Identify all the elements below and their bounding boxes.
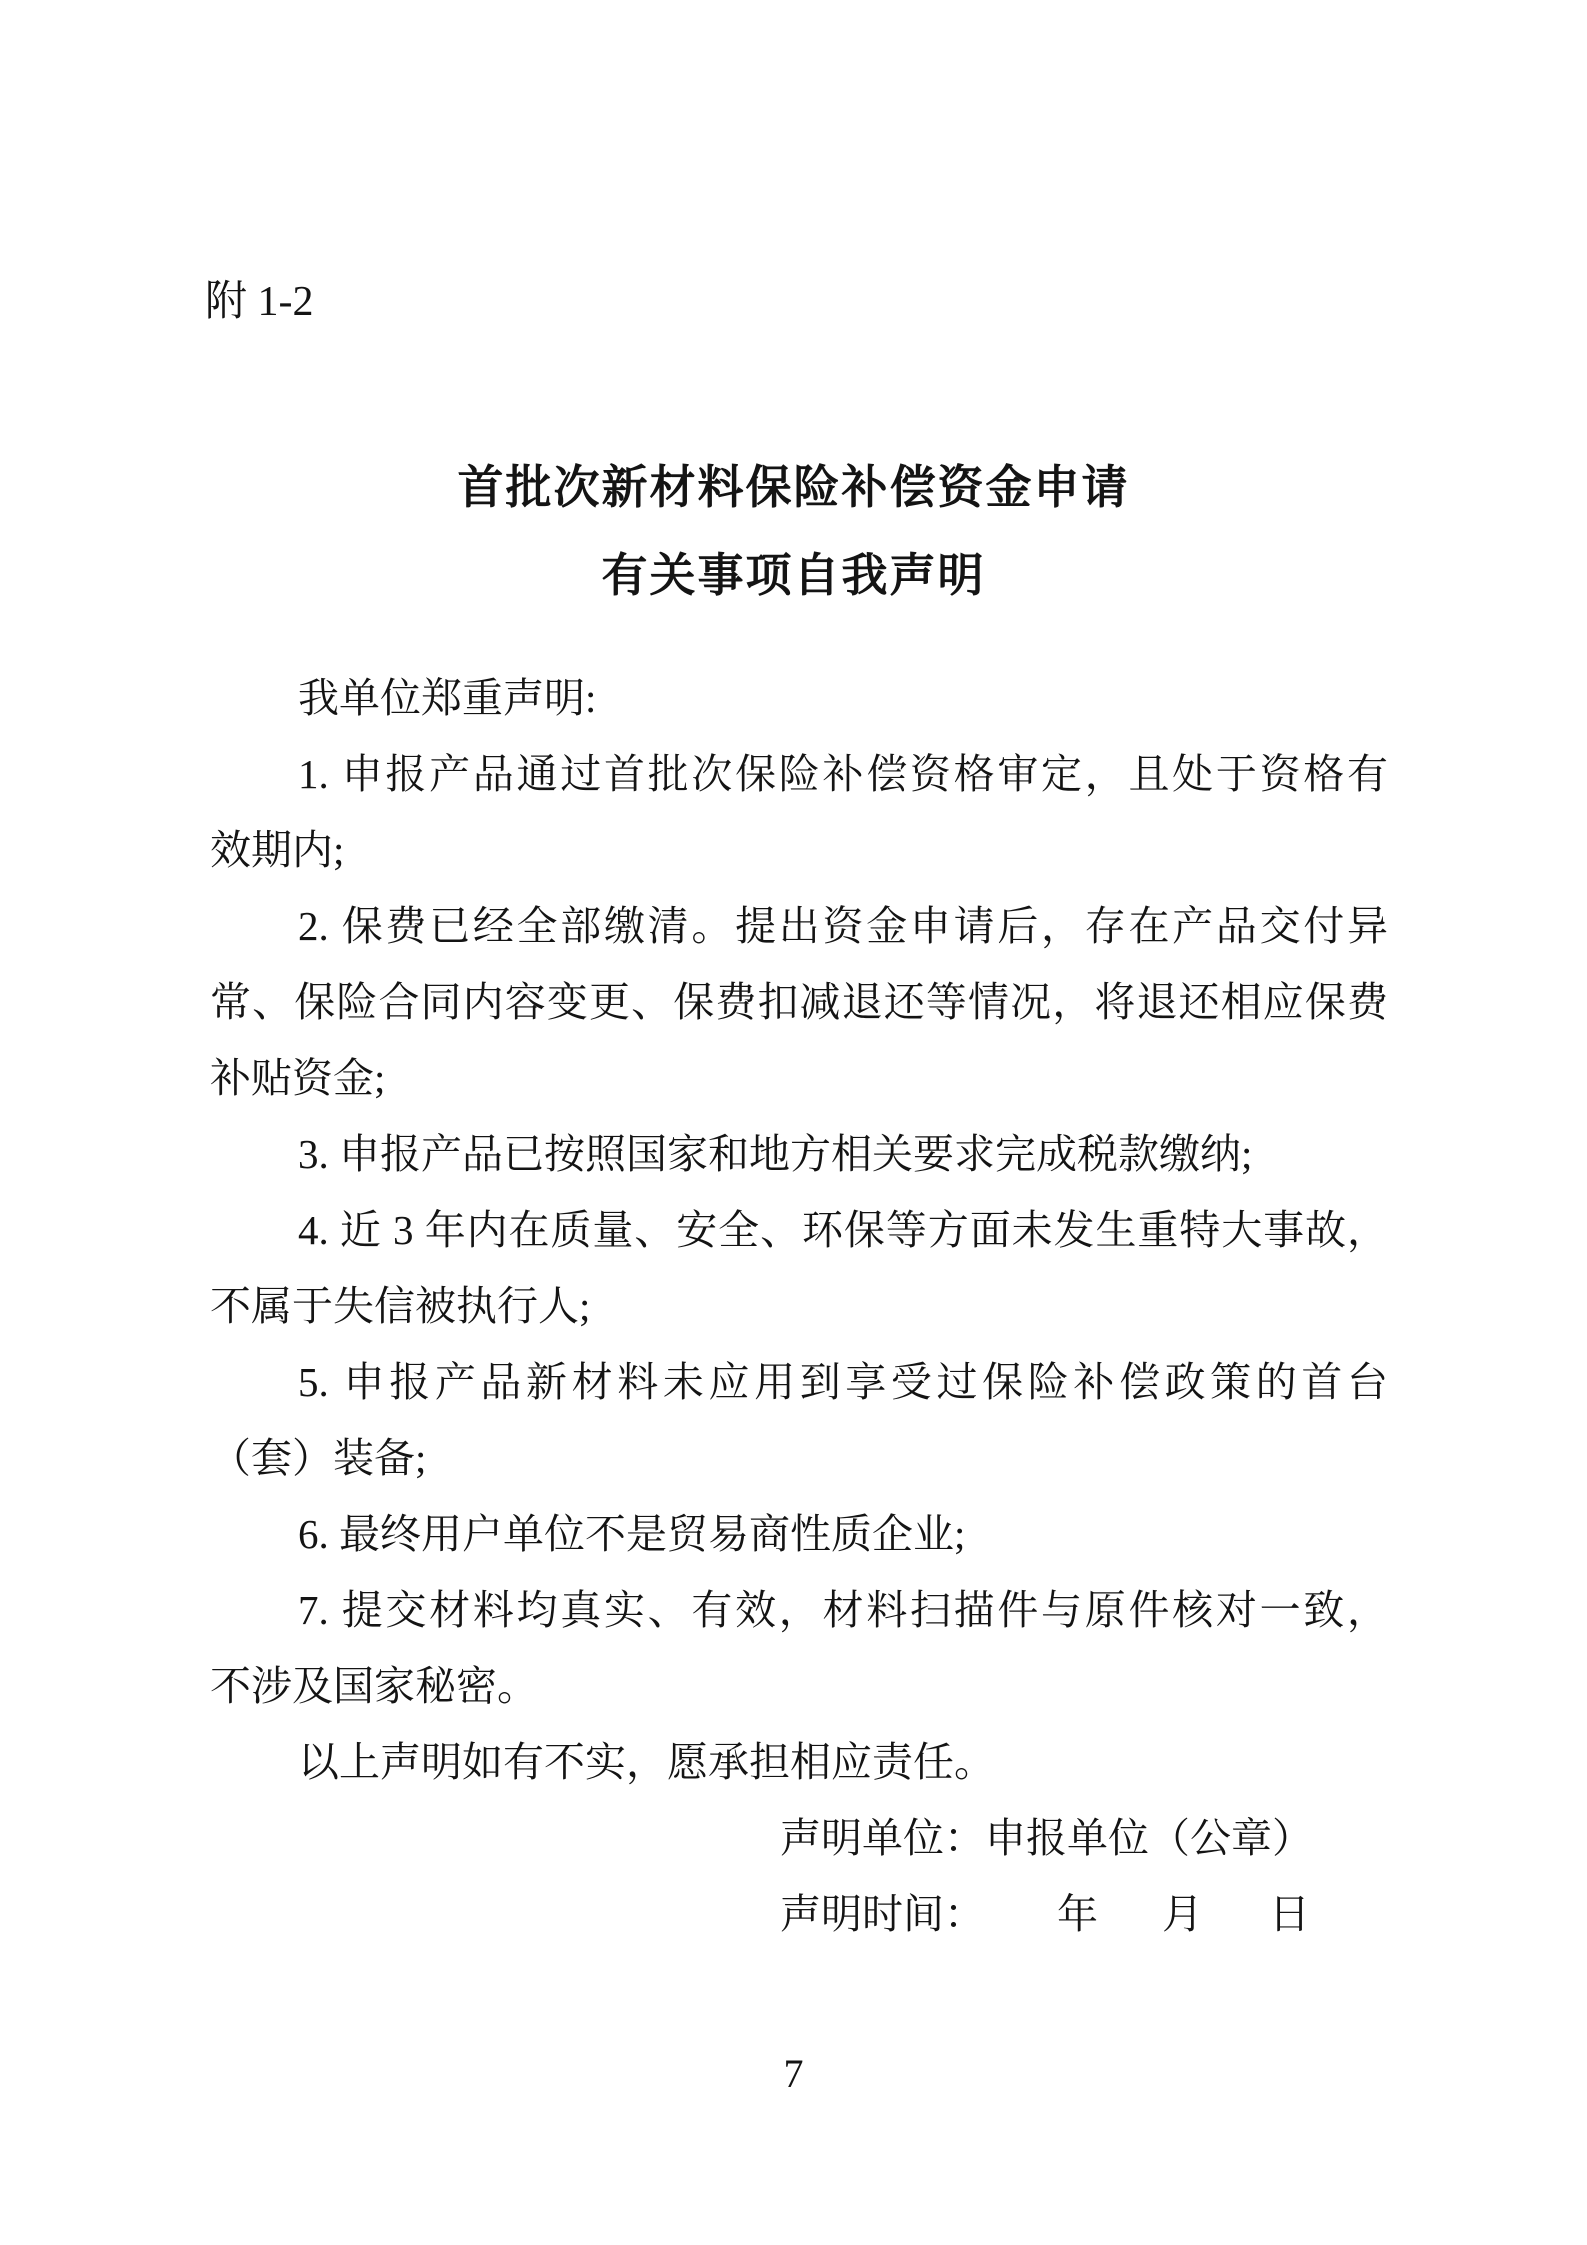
declaration-item-5-line-1: 5. 申报产品新材料未应用到享受过保险补偿政策的首台 xyxy=(210,1344,1388,1420)
document-page: 附 1-2 首批次新材料保险补偿资金申请 有关事项自我声明 我单位郑重声明: 1… xyxy=(0,0,1587,2245)
declaration-item-5-line-2: （套）装备; xyxy=(210,1420,1388,1496)
declaration-closing: 以上声明如有不实，愿承担相应责任。 xyxy=(210,1724,1388,1800)
signature-month-label: 月 xyxy=(1162,1876,1203,1952)
declaration-item-2-line-3: 补贴资金; xyxy=(210,1040,1388,1116)
signature-unit-line: 声明单位：申报单位（公章） xyxy=(780,1800,1388,1876)
declaration-item-3-line-1: 3. 申报产品已按照国家和地方相关要求完成税款缴纳; xyxy=(210,1116,1388,1192)
signature-year-label: 年 xyxy=(1057,1876,1098,1952)
declaration-item-2-line-2: 常、保险合同内容变更、保费扣减退还等情况，将退还相应保费 xyxy=(210,964,1388,1040)
declaration-item-4-line-2: 不属于失信被执行人; xyxy=(210,1268,1388,1344)
declaration-item-1-line-2: 效期内; xyxy=(210,812,1388,888)
signature-time-line: 声明时间：年月日 xyxy=(780,1876,1388,1952)
title-line-1: 首批次新材料保险补偿资金申请 xyxy=(0,444,1587,532)
declaration-intro: 我单位郑重声明: xyxy=(210,660,1388,736)
declaration-body: 我单位郑重声明: 1. 申报产品通过首批次保险补偿资格审定，且处于资格有 效期内… xyxy=(210,660,1388,1952)
declaration-item-1-line-1: 1. 申报产品通过首批次保险补偿资格审定，且处于资格有 xyxy=(210,736,1388,812)
declaration-item-6-line-1: 6. 最终用户单位不是贸易商性质企业; xyxy=(210,1496,1388,1572)
declaration-item-7-line-2: 不涉及国家秘密。 xyxy=(210,1648,1388,1724)
document-title: 首批次新材料保险补偿资金申请 有关事项自我声明 xyxy=(0,444,1587,620)
signature-day-label: 日 xyxy=(1269,1876,1310,1952)
title-line-2: 有关事项自我声明 xyxy=(0,532,1587,620)
attachment-label: 附 1-2 xyxy=(205,278,314,326)
signature-unit-text: 声明单位：申报单位（公章） xyxy=(780,1815,1313,1861)
declaration-item-2-line-1: 2. 保费已经全部缴清。提出资金申请后，存在产品交付异 xyxy=(210,888,1388,964)
page-number: 7 xyxy=(0,2050,1587,2097)
declaration-item-7-line-1: 7. 提交材料均真实、有效，材料扫描件与原件核对一致， xyxy=(210,1572,1388,1648)
declaration-item-4-line-1: 4. 近 3 年内在质量、安全、环保等方面未发生重特大事故， xyxy=(210,1192,1388,1268)
signature-time-label: 声明时间： xyxy=(780,1891,985,1937)
